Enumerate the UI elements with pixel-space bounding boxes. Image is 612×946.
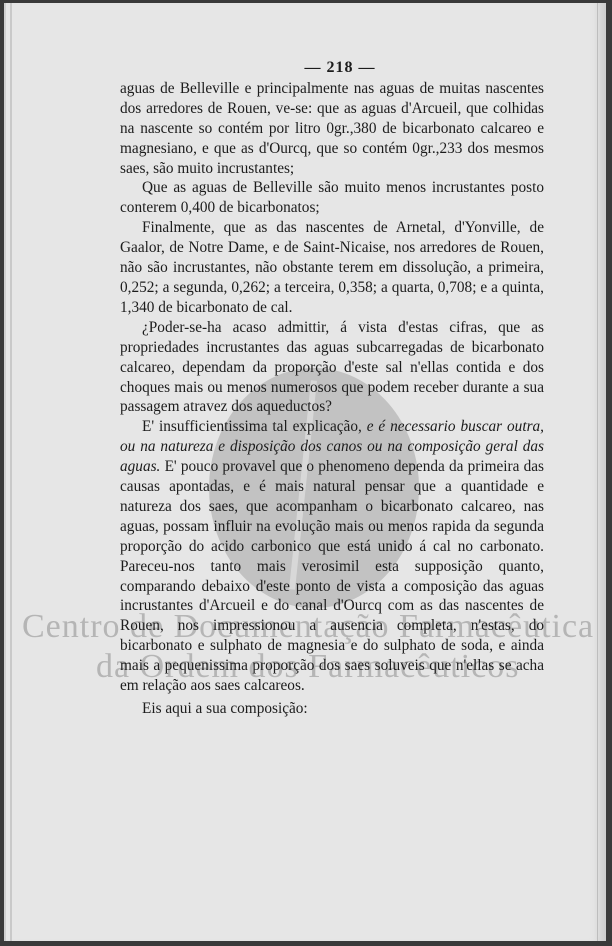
paragraph-2: Que as aguas de Belleville são muito men… [120,178,544,218]
page-edge-left [10,3,12,941]
paragraph-3: Finalmente, que as das nascentes de Arne… [120,218,544,318]
paragraph-4: ¿Poder-se-ha acaso admittir, á vista d'e… [120,318,544,418]
paragraph-1: aguas de Belleville e principalmente nas… [120,79,544,179]
page-number: — 218 — [136,58,544,78]
page-edge-right [597,3,598,941]
page-body: — 218 — aguas de Belleville e principalm… [120,58,544,719]
paragraph-5-rest: E' pouco provavel que o phenomeno depend… [120,458,544,694]
paragraph-6: Eis aqui a sua composição: [120,699,544,719]
paragraph-5: E' insufficientissima tal explicação, e … [120,417,544,696]
paragraph-5-lead: E' insufficientissima tal explicação, [142,418,367,435]
